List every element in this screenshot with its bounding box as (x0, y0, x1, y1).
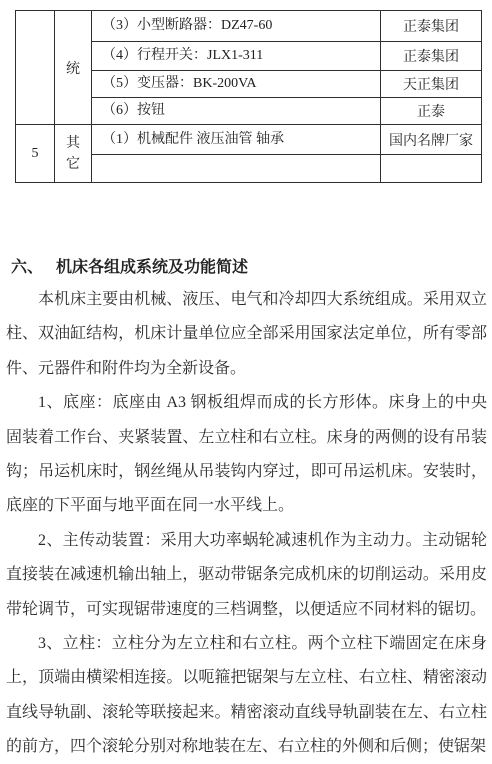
brand-cell (381, 155, 482, 183)
spec-item-cell: （1）机械配件 液压油管 轴承 (92, 125, 381, 155)
spec-item-cell: （3）小型断路器：DZ47-60 (92, 11, 381, 42)
brand-cell: 正泰集团 (381, 42, 482, 71)
spec-item-text: （3）小型断路器：DZ47-60 (92, 19, 380, 33)
brand-cell: 正泰集团 (381, 11, 482, 42)
spec-item-text: （5）变压器：BK-200VA (92, 77, 380, 91)
supplier-spec-table: 统 （3）小型断路器：DZ47-60 正泰集团 （4）行程开关：JLX1-311… (15, 10, 482, 183)
category-cell: 统 (55, 11, 92, 125)
spec-item-text: （6）按钮 (92, 104, 380, 118)
category-cell: 其它 (55, 125, 92, 183)
spec-item-cell (92, 155, 381, 183)
brand-cell: 正泰 (381, 98, 482, 125)
spec-item-text: （1）机械配件 液压油管 轴承 (92, 133, 380, 147)
paragraph-columns: 3、立柱：立柱分为左立柱和右立柱。两个立柱下端固定在床身上，顶端由横梁相连接。以… (6, 627, 487, 764)
category-label: 统 (65, 56, 80, 80)
serial-number-cell (16, 11, 55, 125)
body-text: 本机床主要由机械、液压、电气和冷却四大系统组成。采用双立柱、双油缸结构，机床计量… (6, 283, 487, 764)
section-title: 机床各组成系统及功能简述 (56, 259, 248, 276)
table-row: 5 其它 （1）机械配件 液压油管 轴承 国内名牌厂家 (16, 125, 482, 155)
paragraph-base: 1、底座：底座由 A3 钢板组焊而成的长方形体。床身上的中央固装着工作台、夹紧装… (6, 386, 487, 524)
document-page: 统 （3）小型断路器：DZ47-60 正泰集团 （4）行程开关：JLX1-311… (0, 0, 492, 764)
spec-item-cell: （6）按钮 (92, 98, 381, 125)
table-row: 统 （3）小型断路器：DZ47-60 正泰集团 (16, 11, 482, 42)
serial-number-cell: 5 (16, 125, 55, 183)
paragraph-overview: 本机床主要由机械、液压、电气和冷却四大系统组成。采用双立柱、双油缸结构，机床计量… (6, 283, 487, 386)
section-heading: 六、机床各组成系统及功能简述 (11, 254, 248, 277)
brand-cell: 国内名牌厂家 (381, 125, 482, 155)
category-label: 其它 (65, 133, 80, 175)
spec-item-cell: （4）行程开关：JLX1-311 (92, 42, 381, 71)
paragraph-drive: 2、主传动装置：采用大功率蜗轮减速机作为主动力。主动锯轮直接装在减速机输出轴上，… (6, 524, 487, 627)
brand-cell: 天正集团 (381, 71, 482, 98)
spec-item-cell: （5）变压器：BK-200VA (92, 71, 381, 98)
section-number: 六、 (11, 259, 43, 276)
spec-item-text: （4）行程开关：JLX1-311 (92, 49, 380, 63)
